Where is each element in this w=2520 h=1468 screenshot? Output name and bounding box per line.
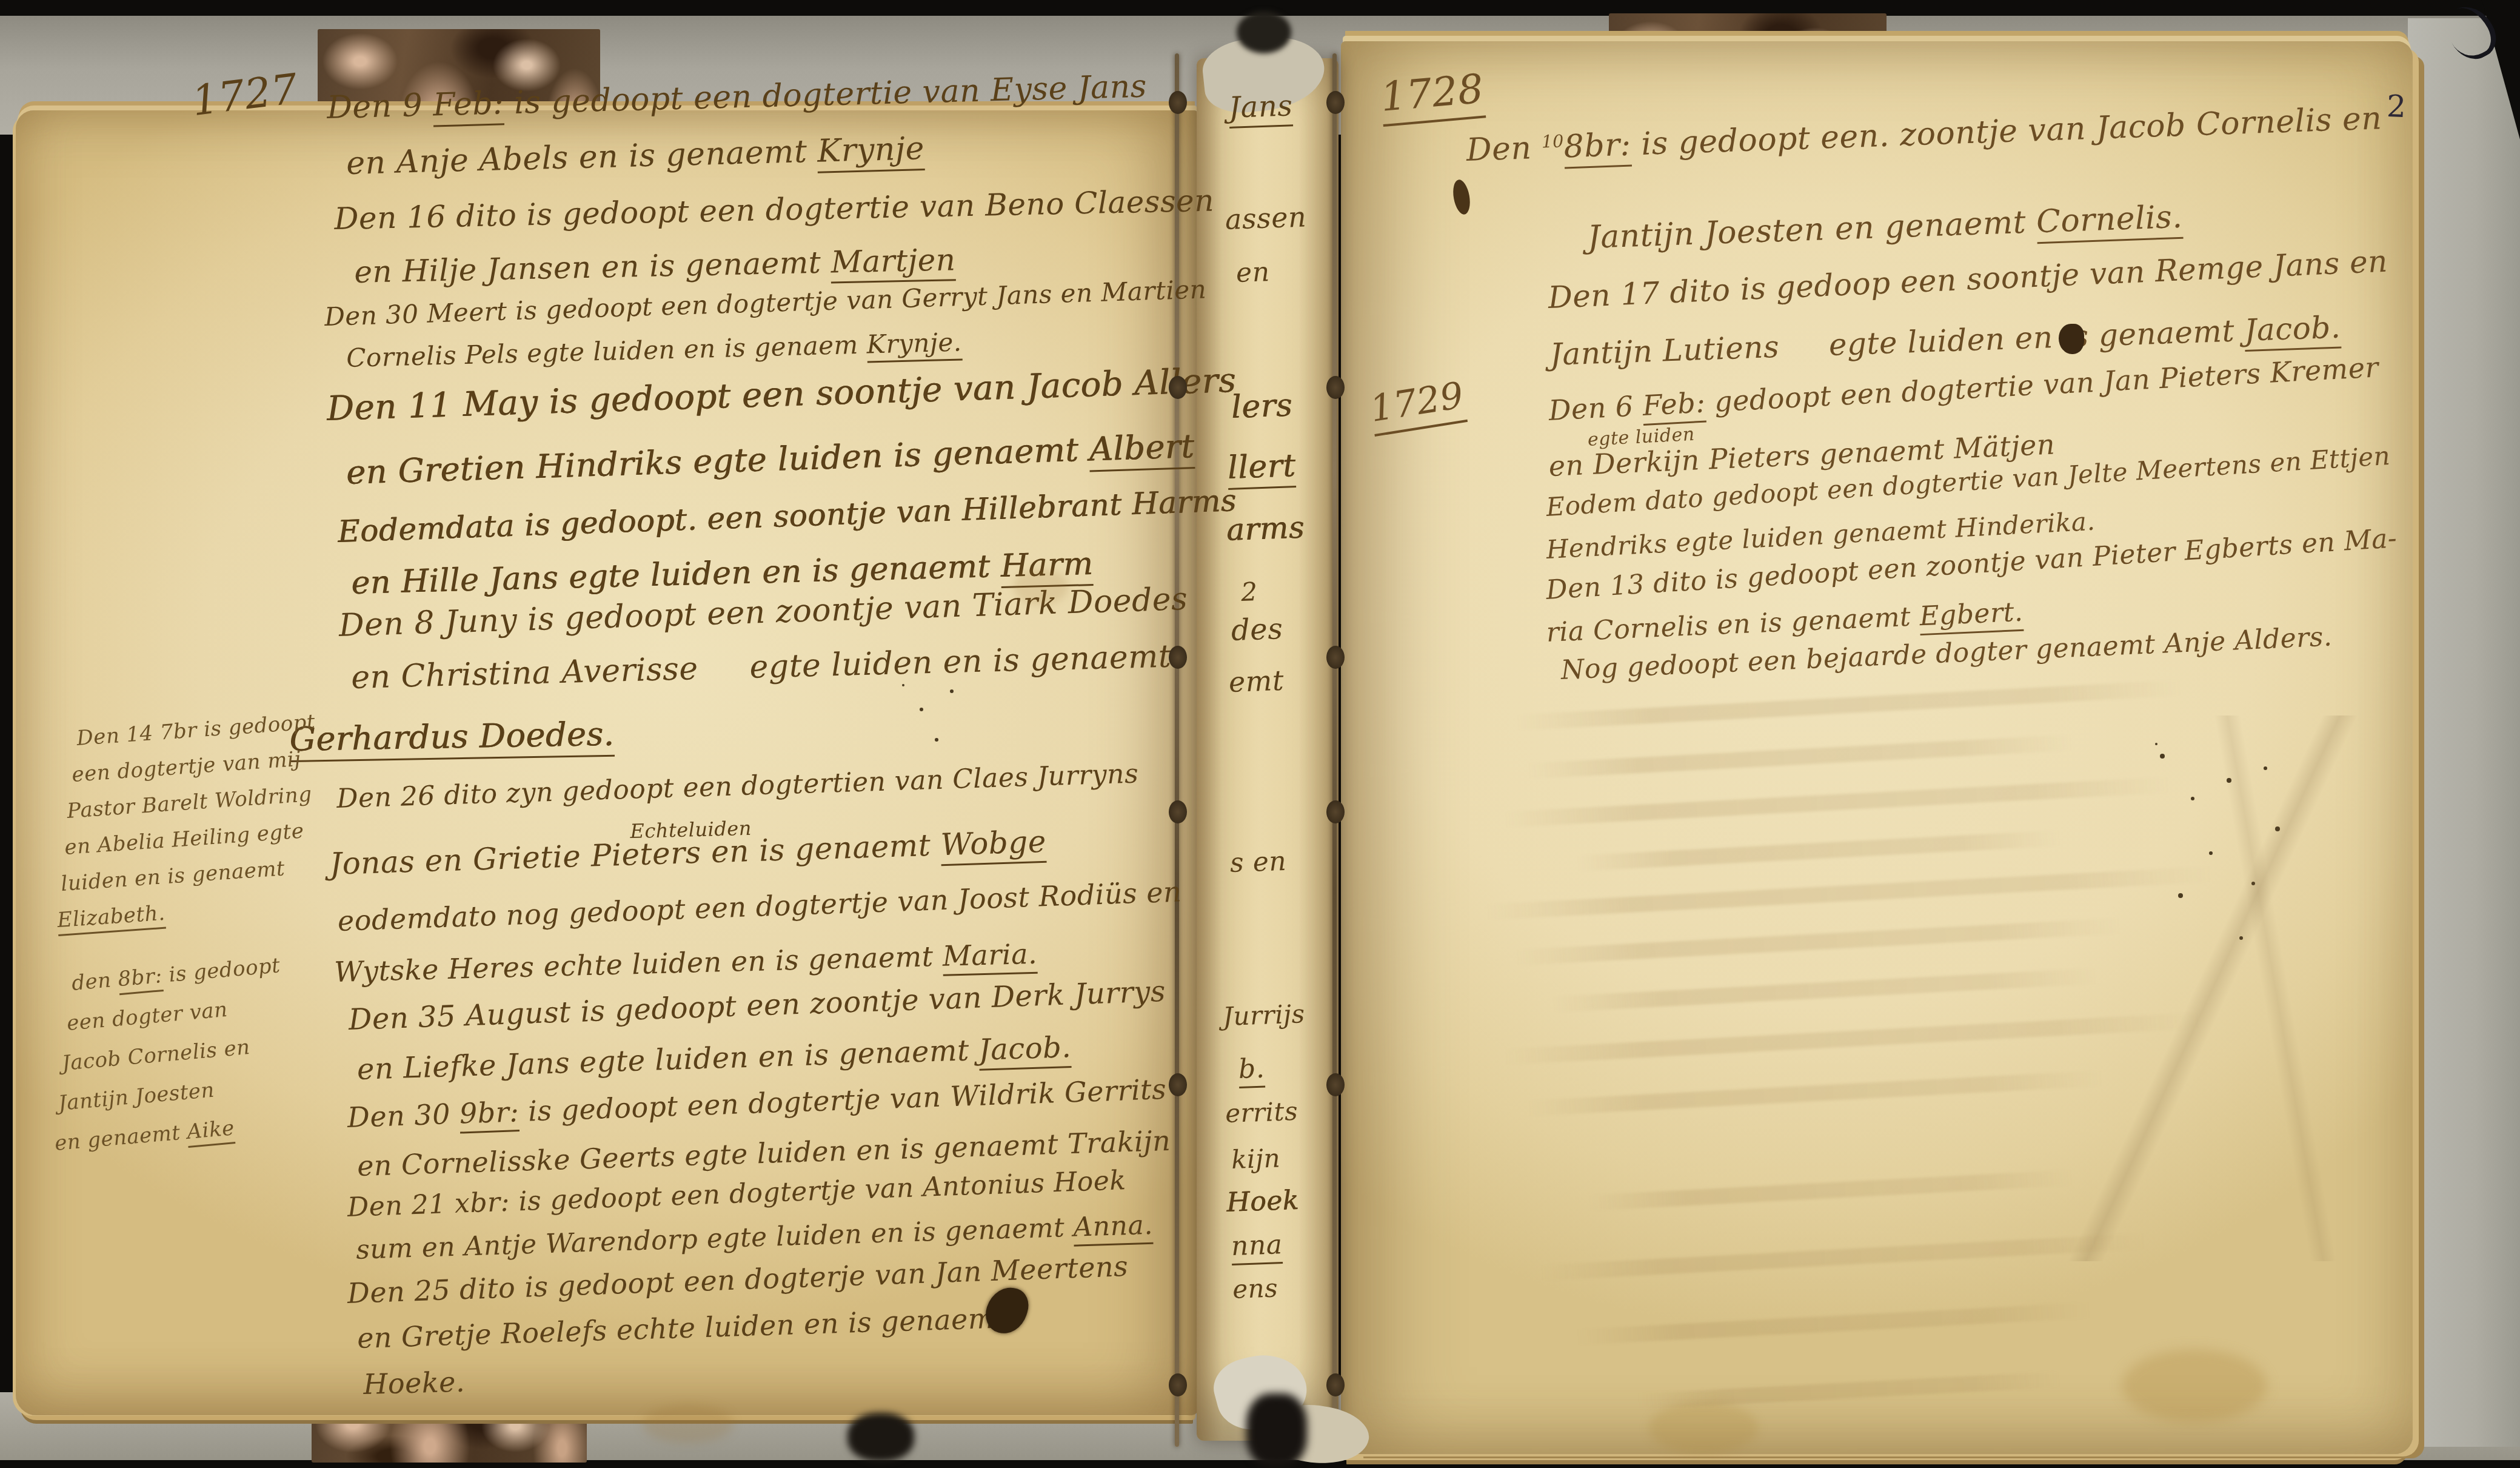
book-photo: 1727 1728 1729 2 Den 9 Feb: is gedoopt e… xyxy=(0,0,2520,1468)
handwritten-text: Jacob. xyxy=(2244,309,2341,352)
handwritten-text: Albert xyxy=(1089,427,1195,472)
cut-page-text-fragment: lers xyxy=(1231,387,1293,426)
paper-stain xyxy=(643,1404,734,1443)
handwritten-text: 10 xyxy=(1541,130,1564,152)
cut-page-text-fragment: assen xyxy=(1225,200,1307,236)
handwritten-text: 8br: xyxy=(1563,127,1632,169)
stitch-knot xyxy=(1169,376,1187,399)
binding-stitch xyxy=(1332,53,1337,1447)
cut-page-text-fragment: errits xyxy=(1225,1096,1298,1128)
handwritten-text: Den 6 xyxy=(1548,389,1643,427)
handwritten-text: errits xyxy=(1225,1096,1298,1128)
handwritten-text: llert xyxy=(1227,447,1297,490)
handwritten-text: 9br: xyxy=(459,1095,520,1133)
cut-page-text-fragment: b. xyxy=(1238,1053,1265,1085)
stitch-knot xyxy=(1169,800,1187,823)
cut-page-text-fragment: Hoek xyxy=(1226,1185,1299,1218)
binding-stitch xyxy=(1175,53,1179,1447)
stitch-knot xyxy=(1169,1373,1187,1396)
handwritten-text: Jurrijs xyxy=(1222,999,1305,1031)
cut-page-text-fragment: ens xyxy=(1232,1273,1278,1304)
handwritten-text: Krynje xyxy=(817,130,925,173)
handwritten-text: den xyxy=(71,967,119,996)
handwritten-text: ens xyxy=(1232,1273,1278,1304)
stitch-knot xyxy=(1169,91,1187,114)
handwritten-text: Den xyxy=(1466,130,1543,169)
stitch-knot xyxy=(1326,91,1345,114)
handwritten-text: Feb: xyxy=(1642,386,1706,426)
handwritten-text: Jans xyxy=(1228,89,1294,129)
cut-page-text-fragment: 2 xyxy=(1240,577,1258,607)
page-edge-shadow xyxy=(847,1413,914,1461)
handwritten-text: Aike xyxy=(186,1116,236,1148)
ink-specks xyxy=(902,684,904,686)
handwritten-text: Cornelis. xyxy=(2036,199,2183,244)
handwritten-text: Egbert. xyxy=(1919,597,2024,635)
handwritten-text: Maria. xyxy=(942,937,1038,976)
handwritten-text: b. xyxy=(1238,1053,1265,1088)
paper-stain xyxy=(1649,1402,1758,1454)
cut-page-text-fragment: s en xyxy=(1229,846,1287,879)
folio-page-number: 2 xyxy=(2386,89,2407,124)
cut-page-text-fragment: Jans xyxy=(1228,89,1293,125)
register-entry-line: Hoeke. xyxy=(363,1366,466,1401)
handwritten-text: Martjen xyxy=(831,242,956,283)
handwritten-text: Gerhardus Doedes. xyxy=(289,715,615,762)
marbled-cover-patch xyxy=(312,1412,587,1463)
handwritten-text: kijn xyxy=(1231,1143,1281,1175)
handwritten-text: Mätjen xyxy=(1953,428,2056,465)
stitch-knot xyxy=(1326,646,1345,669)
handwritten-text: Anna. xyxy=(1073,1210,1154,1247)
paper-crease xyxy=(2049,716,2388,1261)
paper-stain xyxy=(1014,569,1068,605)
handwritten-text: Jacob. xyxy=(978,1030,1072,1071)
handwritten-text: 2 xyxy=(1240,577,1258,607)
paper-stain xyxy=(2122,1349,2267,1422)
cut-page-text-fragment: arms xyxy=(1226,510,1305,548)
cut-page-text-fragment: des xyxy=(1231,612,1283,648)
handwritten-text: des xyxy=(1231,612,1283,648)
stitch-knot xyxy=(1326,800,1345,823)
cut-page-text-fragment: emt xyxy=(1228,664,1285,699)
handwritten-text: lers xyxy=(1231,387,1293,426)
handwritten-text: 8br: xyxy=(117,964,164,995)
year-label-1728: 1728 xyxy=(1379,65,1486,127)
stitch-knot xyxy=(1326,1073,1345,1096)
handwritten-text: Den 9 xyxy=(326,87,433,126)
stitch-knot xyxy=(1169,1073,1187,1096)
cut-page-text-fragment: nna xyxy=(1231,1229,1283,1262)
ink-blot xyxy=(2059,324,2084,354)
page-stack-edge-right xyxy=(2408,18,2520,1447)
stitch-knot xyxy=(1326,376,1345,399)
handwritten-text: emt xyxy=(1228,664,1285,699)
handwritten-text: arms xyxy=(1226,510,1305,548)
register-entry-line: Gerhardus Doedes. xyxy=(289,715,615,759)
handwritten-text: Wobge xyxy=(940,824,1047,866)
handwritten-text: Feb: xyxy=(432,85,504,127)
handwritten-text: Hoek xyxy=(1226,1185,1299,1218)
stitch-knot xyxy=(1326,1373,1345,1396)
handwritten-text: Den 30 xyxy=(347,1098,460,1134)
handwritten-text: nna xyxy=(1231,1229,1283,1265)
cut-page-text-fragment: Jurrijs xyxy=(1222,999,1305,1031)
stitch-knot xyxy=(1169,646,1187,669)
handwritten-text: Krynje. xyxy=(866,327,962,363)
cut-page-text-fragment: en xyxy=(1235,256,1270,289)
handwritten-text: Hoeke. xyxy=(363,1366,466,1401)
handwritten-text: en xyxy=(1235,256,1270,289)
handwritten-text: s en xyxy=(1229,846,1287,879)
cut-page-text-fragment: llert xyxy=(1227,447,1296,486)
cut-page-text-fragment: kijn xyxy=(1231,1143,1281,1175)
binding-shadow xyxy=(1246,1393,1307,1467)
handwritten-text: assen xyxy=(1225,200,1307,236)
binding-gap-shadow xyxy=(1237,11,1291,53)
